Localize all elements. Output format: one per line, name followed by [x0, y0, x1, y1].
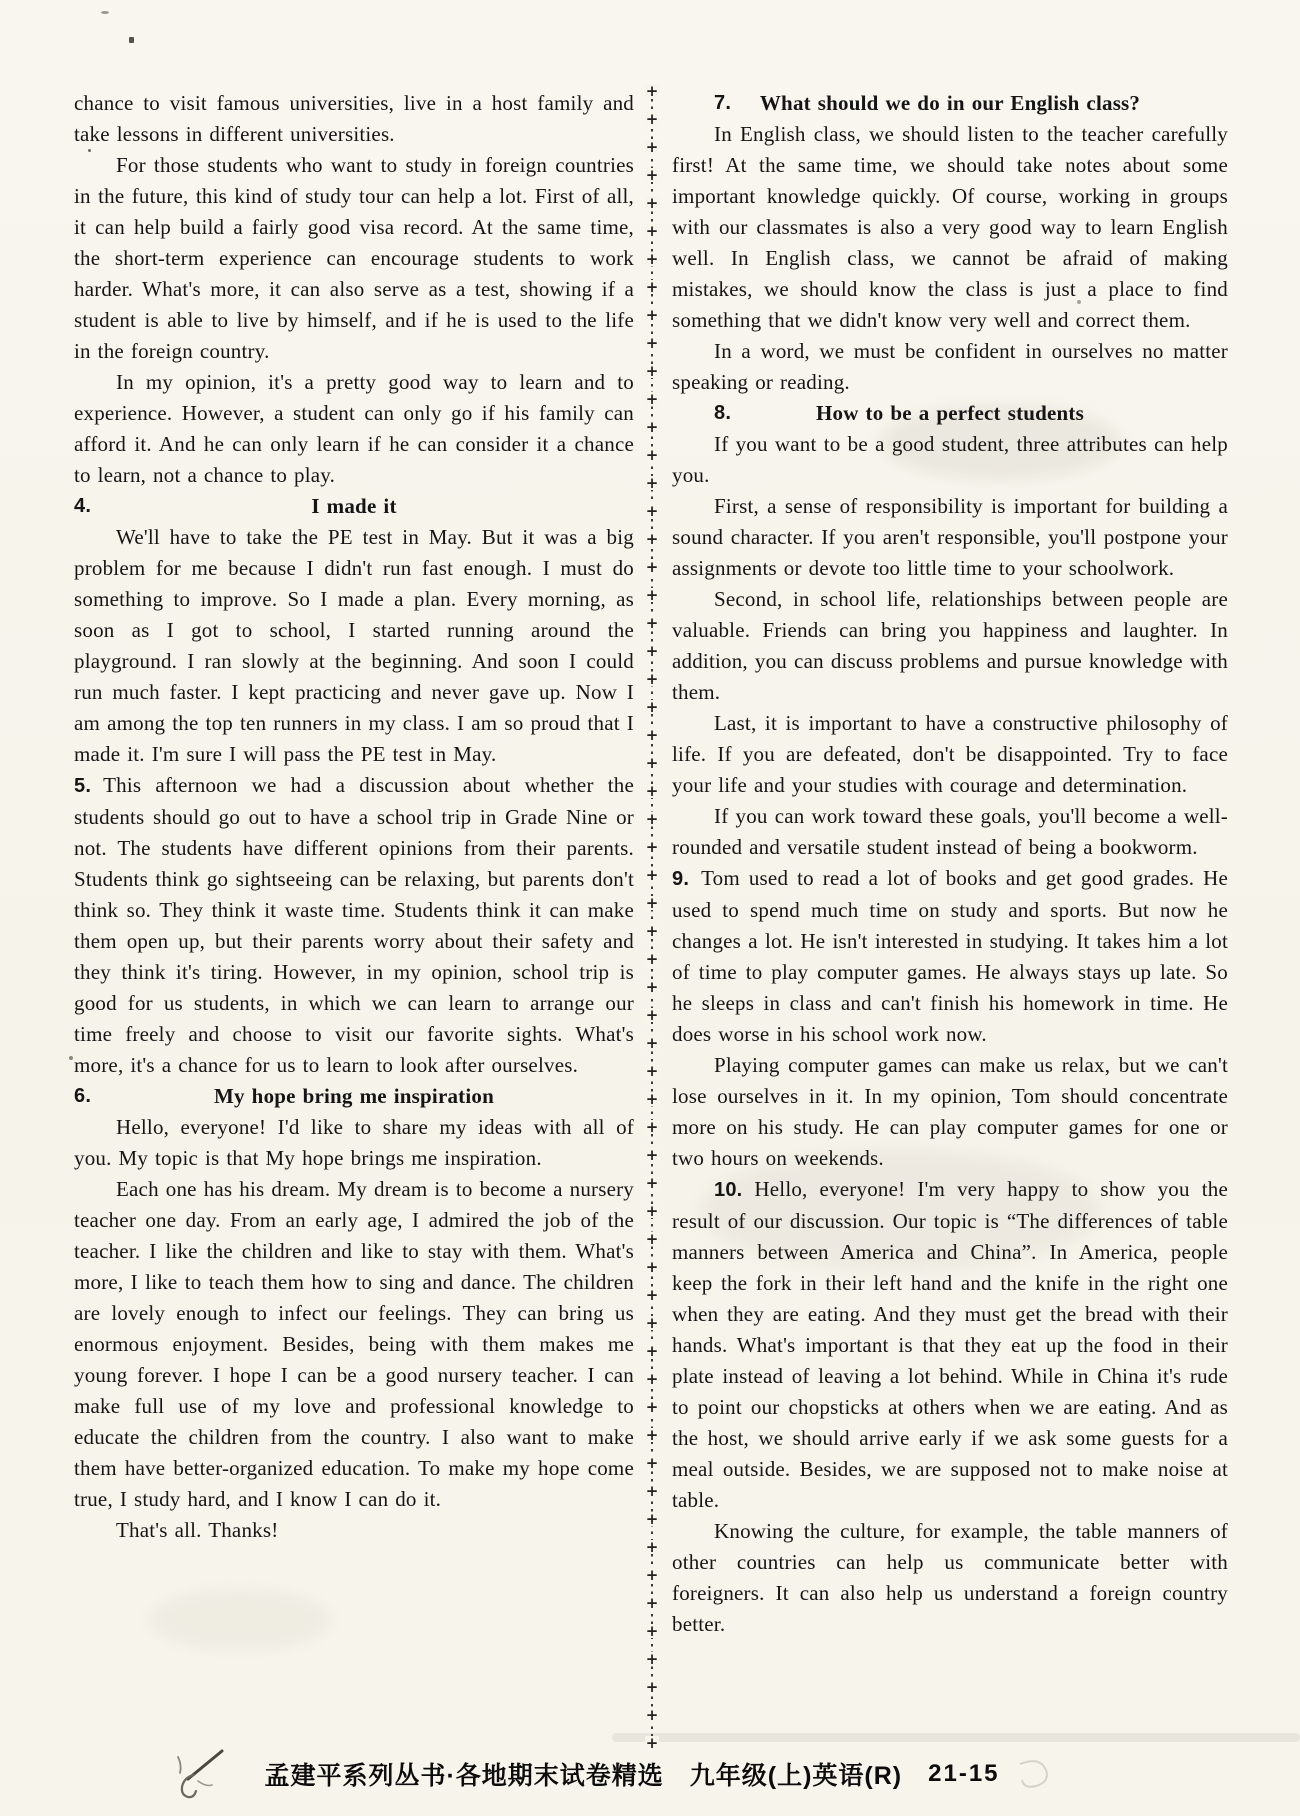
- footer-series-title: 孟建平系列丛书·各地期末试卷精选: [264, 1756, 663, 1792]
- cut-line-plus: +: [645, 924, 659, 938]
- passage-5: 5.This afternoon we had a discussion abo…: [74, 770, 634, 1081]
- cut-line-plus: +: [645, 1596, 659, 1610]
- cut-line-plus: +: [645, 112, 659, 126]
- cut-line-plus: +: [645, 644, 659, 658]
- cut-line-plus: +: [645, 1428, 659, 1442]
- cut-line-plus: +: [645, 364, 659, 378]
- passage-title: How to be a perfect students: [672, 398, 1228, 429]
- scan-speck: [101, 11, 109, 14]
- passage-text: Tom used to read a lot of books and get …: [672, 866, 1228, 1046]
- cut-line-plus: +: [645, 1288, 659, 1302]
- publisher-logo: [164, 1743, 238, 1806]
- passage-number: 7.: [714, 88, 731, 119]
- cut-line-plus: +: [645, 980, 659, 994]
- cut-line-plus: +: [645, 1372, 659, 1386]
- cut-line-plus: +: [645, 1484, 659, 1498]
- cut-line-plus: +: [645, 1232, 659, 1246]
- passage-number: 9.: [672, 868, 689, 890]
- passage-text: This afternoon we had a discussion about…: [74, 773, 634, 1077]
- paragraph-continued: chance to visit famous universities, liv…: [74, 88, 634, 150]
- cut-line-plus: +: [645, 784, 659, 798]
- cut-line-plus: +: [645, 756, 659, 770]
- paragraph-closing: That's all. Thanks!: [74, 1515, 634, 1546]
- passage-number: 10.: [714, 1179, 742, 1201]
- passage-number: 6.: [74, 1081, 91, 1112]
- cut-line-plus: +: [645, 1344, 659, 1358]
- paragraph: For those students who want to study in …: [74, 150, 634, 367]
- paragraph: Hello, everyone! I'd like to share my id…: [74, 1112, 634, 1174]
- cut-line-plus: +: [645, 1176, 659, 1190]
- cut-line-plus: +: [645, 1036, 659, 1050]
- passage-7-heading: 7. What should we do in our English clas…: [672, 88, 1228, 119]
- paragraph: If you can work toward these goals, you'…: [672, 801, 1228, 863]
- cut-line-plus: +: [645, 448, 659, 462]
- cut-line-plus: +: [645, 1120, 659, 1134]
- cut-line-plus: +: [645, 336, 659, 350]
- passage-title: I made it: [74, 491, 634, 522]
- scan-speck: [69, 1056, 73, 1060]
- paragraph: Each one has his dream. My dream is to b…: [74, 1174, 634, 1515]
- publisher-logo-sketch: [164, 1743, 238, 1801]
- passage-10: 10.Hello, everyone! I'm very happy to sh…: [672, 1174, 1228, 1516]
- cut-line-plus: +: [645, 504, 659, 518]
- scan-bleedthrough: [150, 1590, 330, 1650]
- cut-line-plus: +: [645, 896, 659, 910]
- passage-title: What should we do in our English class?: [672, 88, 1228, 119]
- cut-line-plus: +: [645, 84, 659, 98]
- left-column: chance to visit famous universities, liv…: [74, 88, 634, 1546]
- cut-line-plus: +: [645, 812, 659, 826]
- cut-line: ++++++++++++++++++++++++++++++++++++++++…: [645, 84, 659, 1746]
- paragraph: Playing computer games can make us relax…: [672, 1050, 1228, 1174]
- passage-number: 4.: [74, 491, 91, 522]
- passage-number: 5.: [74, 775, 91, 797]
- cut-line-plus: +: [645, 1512, 659, 1526]
- cut-line-plus: +: [645, 420, 659, 434]
- cut-line-plus: +: [645, 308, 659, 322]
- cut-line-plus: +: [645, 1568, 659, 1582]
- cut-line-plus: +: [645, 868, 659, 882]
- passage-8-heading: 8. How to be a perfect students: [672, 398, 1228, 429]
- footer-edition: 九年级(上)英语(R): [690, 1756, 902, 1792]
- cut-line-plus: +: [645, 616, 659, 630]
- cut-line-plus: +: [645, 1204, 659, 1218]
- paragraph: In English class, we should listen to th…: [672, 119, 1228, 336]
- passage-number: 8.: [714, 398, 731, 429]
- cut-line-plus: +: [645, 952, 659, 966]
- paragraph: If you want to be a good student, three …: [672, 429, 1228, 491]
- cut-line-plus: +: [645, 1008, 659, 1022]
- cut-line-plus: +: [645, 196, 659, 210]
- cut-line-plus: +: [645, 560, 659, 574]
- cut-line-plus: +: [645, 1456, 659, 1470]
- cut-line-plus: +: [645, 1260, 659, 1274]
- cut-line-plus: +: [645, 140, 659, 154]
- cut-line-plus: +: [645, 168, 659, 182]
- cut-line-plus: +: [645, 1652, 659, 1666]
- paragraph: First, a sense of responsibility is impo…: [672, 491, 1228, 584]
- cut-line-plus: +: [645, 1708, 659, 1722]
- scanned-page: chance to visit famous universities, liv…: [0, 0, 1300, 1816]
- passage-text: Hello, everyone! I'm very happy to show …: [672, 1177, 1228, 1512]
- cut-line-plus: +: [645, 280, 659, 294]
- cut-line-plus: +: [645, 672, 659, 686]
- cut-line-plus: +: [645, 588, 659, 602]
- paragraph: Knowing the culture, for example, the ta…: [672, 1516, 1228, 1640]
- passage-9: 9.Tom used to read a lot of books and ge…: [672, 863, 1228, 1050]
- cut-line-plus: +: [645, 252, 659, 266]
- paragraph: Last, it is important to have a construc…: [672, 708, 1228, 801]
- cut-line-plus: +: [645, 392, 659, 406]
- cut-line-plus: +: [645, 1092, 659, 1106]
- cut-line-plus: +: [645, 476, 659, 490]
- footer-page-number: 21-15: [928, 1760, 999, 1788]
- cut-line-plus: +: [645, 224, 659, 238]
- scan-smudge-swirl: [1010, 1754, 1056, 1794]
- paragraph: Second, in school life, relationships be…: [672, 584, 1228, 708]
- paragraph: We'll have to take the PE test in May. B…: [74, 522, 634, 770]
- passage-title: My hope bring me inspiration: [74, 1081, 634, 1112]
- cut-line-plus: +: [645, 1540, 659, 1554]
- cut-line-plus: +: [645, 532, 659, 546]
- cut-line-plus: +: [645, 700, 659, 714]
- scan-speck: [129, 37, 134, 43]
- page-footer: 孟建平系列丛书·各地期末试卷精选 九年级(上)英语(R) 21-15: [0, 1744, 1300, 1804]
- right-column: 7. What should we do in our English clas…: [672, 88, 1228, 1640]
- passage-6-heading: 6. My hope bring me inspiration: [74, 1081, 634, 1112]
- cut-line-plus: +: [645, 840, 659, 854]
- paragraph: In my opinion, it's a pretty good way to…: [74, 367, 634, 491]
- cut-line-plus: +: [645, 1316, 659, 1330]
- cut-line-plus: +: [645, 1400, 659, 1414]
- cut-line-plus: +: [645, 1148, 659, 1162]
- cut-line-plus: +: [645, 1624, 659, 1638]
- cut-line-plus: +: [645, 1064, 659, 1078]
- scan-band: [612, 1733, 1300, 1742]
- passage-4-heading: 4. I made it: [74, 491, 634, 522]
- cut-line-plus: +: [645, 1680, 659, 1694]
- paragraph: In a word, we must be confident in ourse…: [672, 336, 1228, 398]
- cut-line-plus: +: [645, 728, 659, 742]
